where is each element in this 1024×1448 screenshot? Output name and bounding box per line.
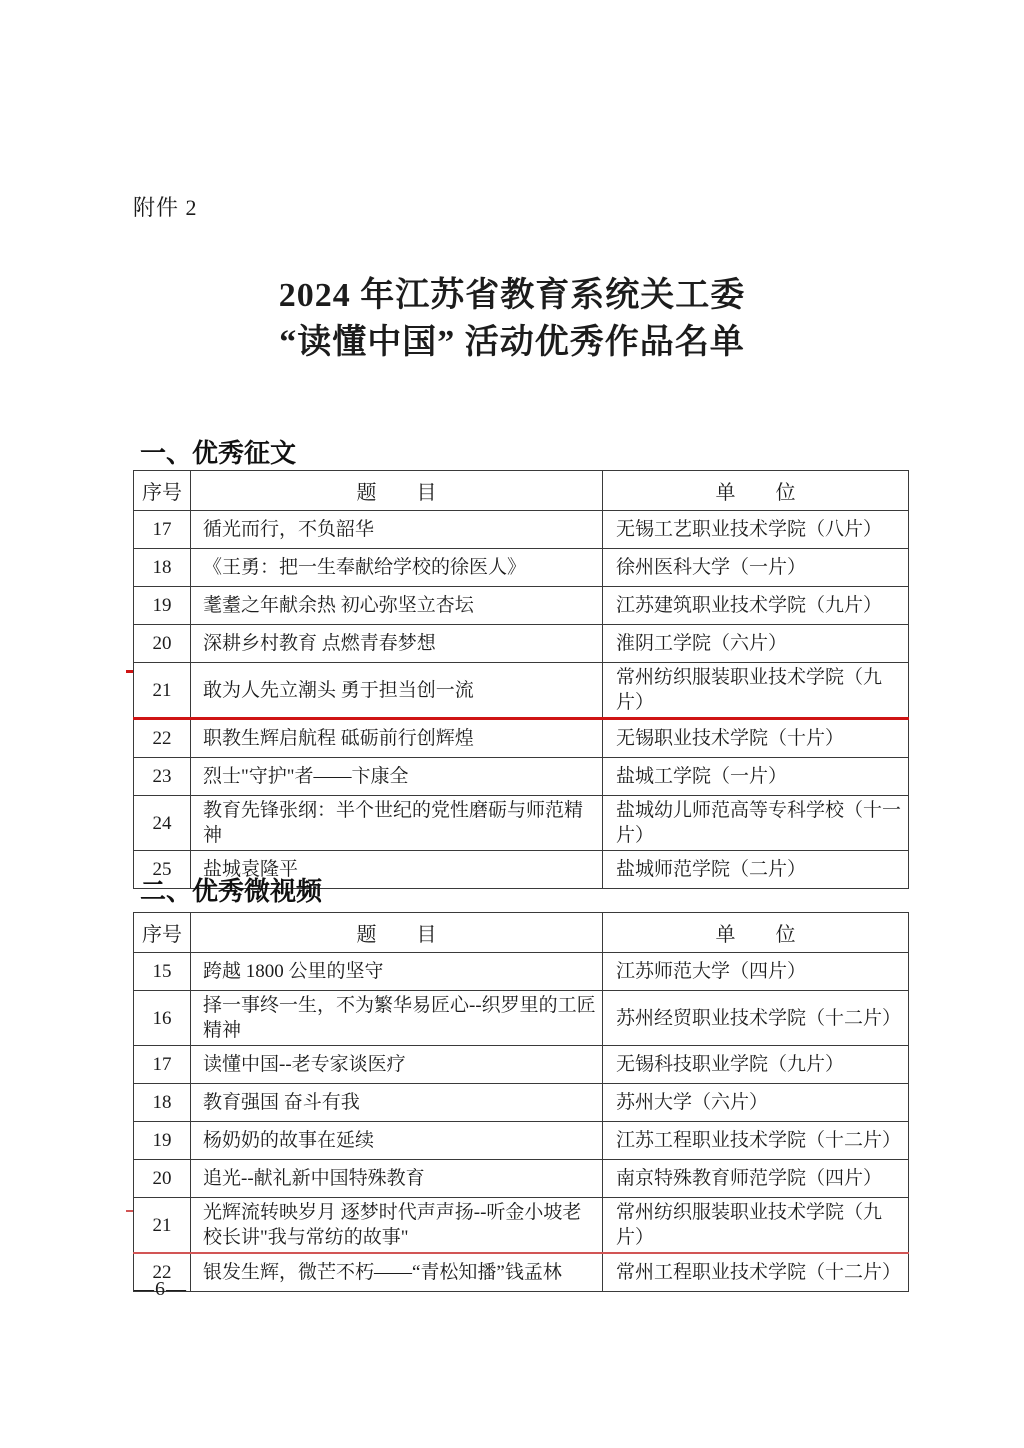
table-row: 23 烈士"守护"者——卞康全 盐城工学院（一片）	[134, 758, 909, 796]
document-page: 附件 2 2024 年江苏省教育系统关工委 “读懂中国” 活动优秀作品名单 一、…	[0, 0, 1024, 1448]
cell-unit: 江苏师范大学（四片）	[603, 953, 909, 991]
table-row: 20 深耕乡村教育 点燃青春梦想 淮阴工学院（六片）	[134, 625, 909, 663]
cell-title: 职教生辉启航程 砥砺前行创辉煌	[191, 719, 603, 758]
cell-unit: 无锡工艺职业技术学院（八片）	[603, 511, 909, 549]
cell-title: 循光而行，不负韶华	[191, 511, 603, 549]
cell-no: 23	[134, 758, 191, 796]
cell-unit: 苏州经贸职业技术学院（十二片）	[603, 991, 909, 1046]
title-line-2: “读懂中国” 活动优秀作品名单	[0, 319, 1024, 366]
cell-no: 22	[134, 719, 191, 758]
table-row: 17 读懂中国--老专家谈医疗 无锡科技职业学院（九片）	[134, 1046, 909, 1084]
essays-table: 序号 题 目 单 位 17 循光而行，不负韶华 无锡工艺职业技术学院（八片） 1…	[133, 470, 909, 889]
table-row: 19 杨奶奶的故事在延续 江苏工程职业技术学院（十二片）	[134, 1122, 909, 1160]
column-header-no: 序号	[134, 913, 191, 953]
cell-unit: 徐州医科大学（一片）	[603, 549, 909, 587]
table-row: 24 教育先锋张纲：半个世纪的党性磨砺与师范精神 盐城幼儿师范高等专科学校（十一…	[134, 796, 909, 851]
section-heading-videos: 二、优秀微视频	[140, 871, 322, 908]
title-line-1: 2024 年江苏省教育系统关工委	[0, 272, 1024, 319]
cell-title: 敢为人先立潮头 勇于担当创一流	[191, 663, 603, 719]
cell-unit: 江苏工程职业技术学院（十二片）	[603, 1122, 909, 1160]
cell-unit: 常州纺织服装职业技术学院（九片）	[603, 663, 909, 719]
cell-no: 21	[134, 1198, 191, 1254]
document-title: 2024 年江苏省教育系统关工委 “读懂中国” 活动优秀作品名单	[0, 272, 1024, 366]
cell-title: 追光--献礼新中国特殊教育	[191, 1160, 603, 1198]
table-header-row: 序号 题 目 单 位	[134, 471, 909, 511]
cell-title: 光辉流转映岁月 逐梦时代声声扬--听金小坡老校长讲"我与常纺的故事"	[191, 1198, 603, 1254]
cell-unit: 盐城工学院（一片）	[603, 758, 909, 796]
cell-no: 20	[134, 625, 191, 663]
column-header-title: 题 目	[191, 471, 603, 511]
table-header-row: 序号 题 目 单 位	[134, 913, 909, 953]
cell-no: 18	[134, 1084, 191, 1122]
table-row: 17 循光而行，不负韶华 无锡工艺职业技术学院（八片）	[134, 511, 909, 549]
cell-no: 16	[134, 991, 191, 1046]
cell-title: 跨越 1800 公里的坚守	[191, 953, 603, 991]
red-underline-left-extension	[126, 670, 133, 673]
cell-title: 深耕乡村教育 点燃青春梦想	[191, 625, 603, 663]
table-row: 22 银发生辉，微芒不朽——“青松知播”钱孟林 常州工程职业技术学院（十二片）	[134, 1253, 909, 1292]
cell-title: 银发生辉，微芒不朽——“青松知播”钱孟林	[191, 1253, 603, 1292]
cell-no: 20	[134, 1160, 191, 1198]
column-header-unit: 单 位	[603, 471, 909, 511]
cell-unit: 盐城幼儿师范高等专科学校（十一片）	[603, 796, 909, 851]
cell-no: 17	[134, 511, 191, 549]
cell-unit: 盐城师范学院（二片）	[603, 851, 909, 889]
cell-title: 择一事终一生，不为繁华易匠心--织罗里的工匠精神	[191, 991, 603, 1046]
page-number: —6—	[134, 1278, 187, 1301]
cell-no: 17	[134, 1046, 191, 1084]
cell-no: 19	[134, 1122, 191, 1160]
cell-unit: 常州工程职业技术学院（十二片）	[603, 1253, 909, 1292]
cell-title: 耄耋之年献余热 初心弥坚立杏坛	[191, 587, 603, 625]
cell-no: 19	[134, 587, 191, 625]
cell-title: 《王勇：把一生奉献给学校的徐医人》	[191, 549, 603, 587]
cell-unit: 淮阴工学院（六片）	[603, 625, 909, 663]
column-header-title: 题 目	[191, 913, 603, 953]
cell-no: 24	[134, 796, 191, 851]
cell-no: 21	[134, 663, 191, 719]
cell-title: 教育强国 奋斗有我	[191, 1084, 603, 1122]
videos-table: 序号 题 目 单 位 15 跨越 1800 公里的坚守 江苏师范大学（四片） 1…	[133, 912, 909, 1292]
cell-title: 教育先锋张纲：半个世纪的党性磨砺与师范精神	[191, 796, 603, 851]
cell-no: 18	[134, 549, 191, 587]
section-heading-essays: 一、优秀征文	[140, 433, 296, 470]
cell-no: 15	[134, 953, 191, 991]
table-row: 15 跨越 1800 公里的坚守 江苏师范大学（四片）	[134, 953, 909, 991]
table-row: 18 《王勇：把一生奉献给学校的徐医人》 徐州医科大学（一片）	[134, 549, 909, 587]
table-row: 18 教育强国 奋斗有我 苏州大学（六片）	[134, 1084, 909, 1122]
cell-title: 读懂中国--老专家谈医疗	[191, 1046, 603, 1084]
table-row: 20 追光--献礼新中国特殊教育 南京特殊教育师范学院（四片）	[134, 1160, 909, 1198]
cell-unit: 无锡科技职业学院（九片）	[603, 1046, 909, 1084]
table-row-with-red-underline: 21 光辉流转映岁月 逐梦时代声声扬--听金小坡老校长讲"我与常纺的故事" 常州…	[134, 1198, 909, 1254]
column-header-unit: 单 位	[603, 913, 909, 953]
cell-title: 烈士"守护"者——卞康全	[191, 758, 603, 796]
cell-unit: 江苏建筑职业技术学院（九片）	[603, 587, 909, 625]
cell-unit: 无锡职业技术学院（十片）	[603, 719, 909, 758]
table-row: 19 耄耋之年献余热 初心弥坚立杏坛 江苏建筑职业技术学院（九片）	[134, 587, 909, 625]
cell-unit: 常州纺织服装职业技术学院（九片）	[603, 1198, 909, 1254]
cell-unit: 南京特殊教育师范学院（四片）	[603, 1160, 909, 1198]
table-row-with-red-underline: 21 敢为人先立潮头 勇于担当创一流 常州纺织服装职业技术学院（九片）	[134, 663, 909, 719]
cell-title: 杨奶奶的故事在延续	[191, 1122, 603, 1160]
attachment-label: 附件 2	[133, 191, 198, 222]
cell-unit: 苏州大学（六片）	[603, 1084, 909, 1122]
table-row: 16 择一事终一生，不为繁华易匠心--织罗里的工匠精神 苏州经贸职业技术学院（十…	[134, 991, 909, 1046]
table-row: 22 职教生辉启航程 砥砺前行创辉煌 无锡职业技术学院（十片）	[134, 719, 909, 758]
column-header-no: 序号	[134, 471, 191, 511]
red-underline-left-extension	[126, 1210, 133, 1212]
